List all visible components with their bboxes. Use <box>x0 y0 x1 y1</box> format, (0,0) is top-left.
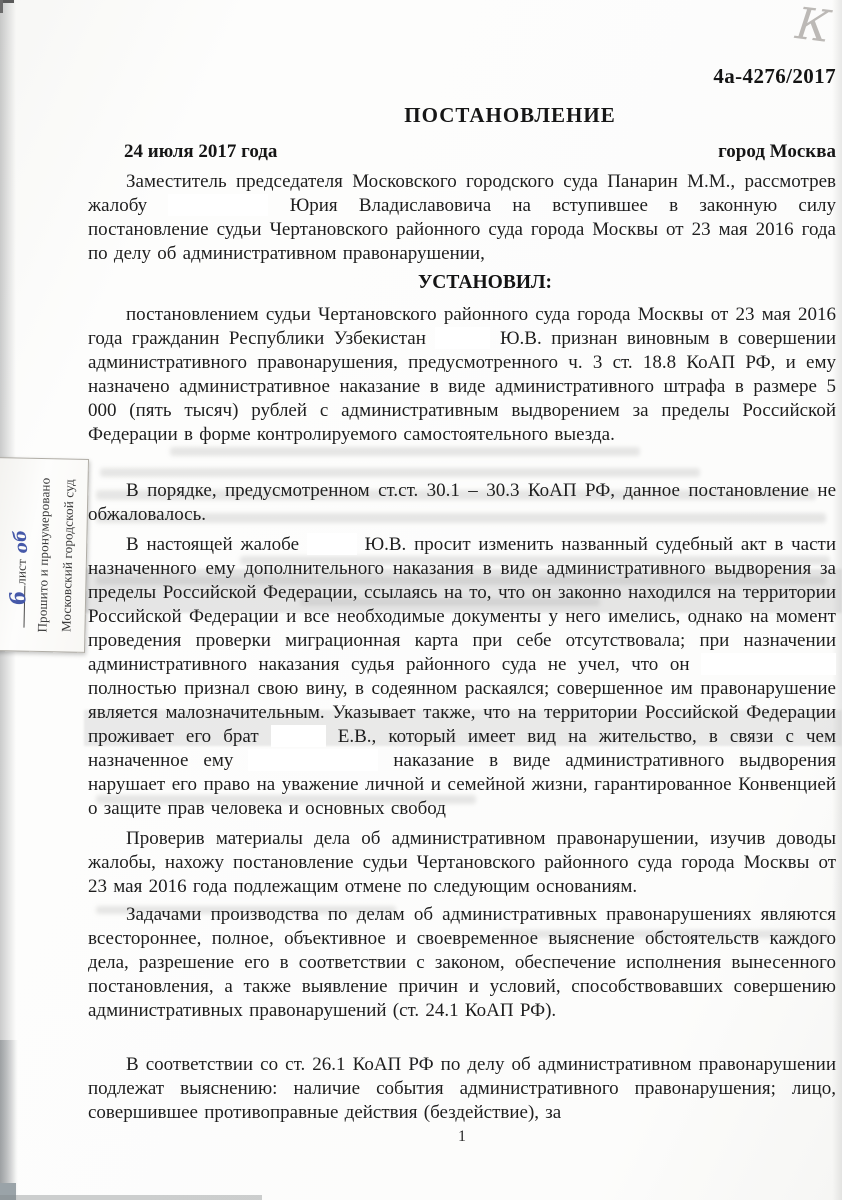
section-heading-ustanovil: УСТАНОВИЛ: <box>111 272 842 294</box>
document-body: Заместитель председателя Московского гор… <box>88 0 836 1200</box>
paragraph-no-appeal: В порядке, предусмотренном ст.ст. 30.1 –… <box>88 479 836 527</box>
paragraph-review: Проверив материалы дела об административ… <box>88 827 836 899</box>
scan-corner-mark-v <box>0 0 3 13</box>
page-number: 1 <box>88 1128 836 1146</box>
handwritten-sheets-suffix: об <box>10 529 32 555</box>
redaction-gap <box>701 653 836 675</box>
scan-edge-left-dark <box>0 1040 18 1200</box>
stamp-stitched-label: Прошито и пронумеровано <box>34 464 58 646</box>
paragraph-complaint: В настоящей жалобе Ю.В. просит изменить … <box>88 533 836 821</box>
redaction-gap <box>435 327 490 349</box>
paragraph-ruling-summary: постановлением судьи Чертановского район… <box>88 303 836 447</box>
stamp-sheets-line: 6листоб <box>4 445 28 645</box>
paragraph-tasks: Задачами производства по делам об админи… <box>88 903 836 1023</box>
paragraph-preamble: Заместитель председателя Московского гор… <box>88 170 836 266</box>
paragraph-st261: В соответствии со ст. 26.1 КоАП РФ по де… <box>88 1053 836 1125</box>
redaction-gap <box>168 194 268 216</box>
stamp-sheets-label: лист <box>13 559 29 585</box>
handwritten-sheet-count: 6 <box>4 589 31 607</box>
stamp-court-name: Московский городской суд <box>58 464 82 646</box>
binding-stamp: Московский городской суд Прошито и прону… <box>0 457 89 653</box>
redaction-gap <box>248 749 378 771</box>
scanned-document-page: К 4а-4276/2017 ПОСТАНОВЛЕНИЕ 24 июля 201… <box>0 0 842 1200</box>
redaction-gap <box>307 533 357 555</box>
redaction-gap <box>271 725 326 747</box>
